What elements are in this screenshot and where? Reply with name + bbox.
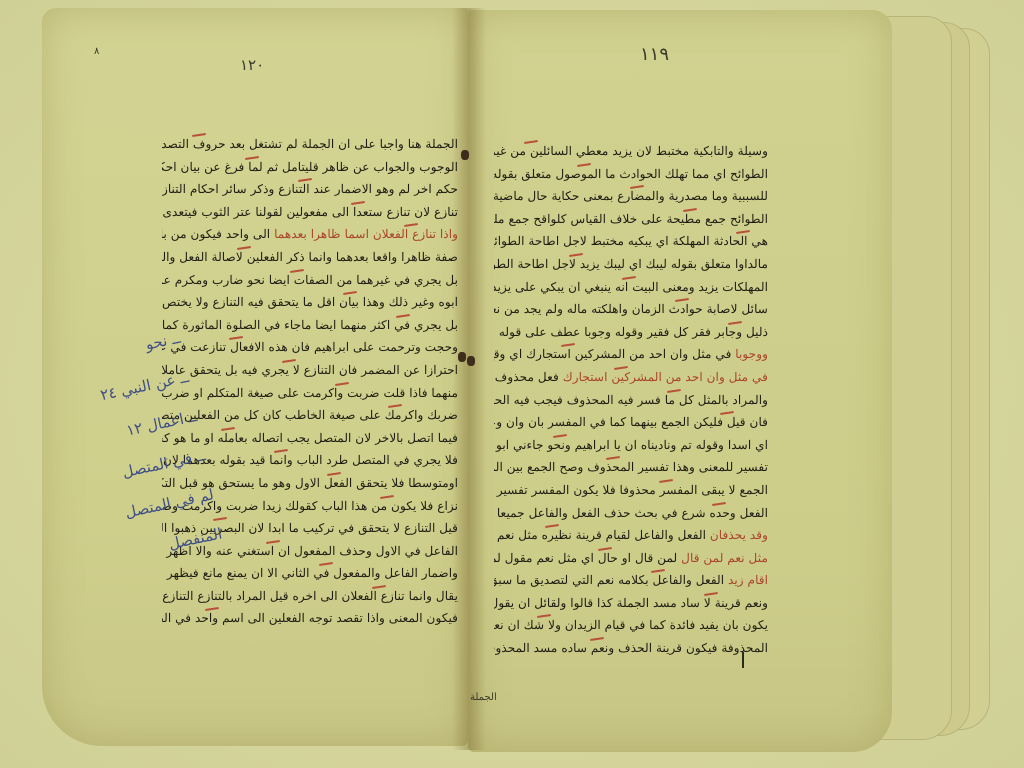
red-overline-mark [221,427,235,431]
manuscript-line: والمراد بالمثل كل ما فسر فيه المحذوف فيج… [494,389,768,412]
corner-mark: ٨ [94,46,99,57]
red-overline-mark [561,343,575,347]
manuscript-line: مثل نعم لمن قال لمن قال او حال اي مثل نع… [494,547,768,570]
red-overline-mark [372,585,386,589]
manuscript-line: المحذوفة فيكون قرينة الحذف ونعم ساده مسد… [494,637,768,660]
manuscript-line: فيما اتصل بالاخر لان المتصل يجب اتصاله ب… [162,427,458,450]
red-overline-mark [569,253,583,257]
red-overline-mark [704,592,718,596]
red-overline-mark [577,163,591,167]
rubric: اقام زيد [728,573,768,587]
red-overline-mark [598,547,612,551]
binding-hole [458,352,466,362]
manuscript-line: يقال وانما تنازع الفعلان الى اخره قيل ال… [162,585,458,608]
red-overline-mark [282,359,296,363]
red-overline-mark [229,336,243,340]
manuscript-line: الطوائح اي مما تهلك الحوادث ما الموصول م… [494,163,768,186]
red-overline-mark [606,456,620,460]
red-overline-mark [380,495,394,499]
red-overline-mark [205,608,219,612]
red-overline-mark [720,411,734,415]
manuscript-line: اقام زيد الفعل والفاعل بكلامه نعم التي ل… [494,569,768,592]
folio-number-left: ١٢٠ [240,56,264,74]
red-overline-mark [630,185,644,189]
manuscript-line: تفسير للمعنى وهذا تفسير المحذوف وصح الجم… [494,456,768,479]
manuscript-line: للسببية وما مصدرية والمضارع بمعنى حكاية … [494,185,768,208]
rubric: وقد يحذفان [710,528,768,542]
red-overline-mark [659,479,673,483]
manuscript-line: منهما فاذا قلت ضربت واكرمت على صيغة المت… [162,382,458,405]
manuscript-line: في مثل وان احد من المشركين استجارك فعل م… [494,366,768,389]
red-overline-mark [537,615,551,619]
manuscript-line: بل يجري في اكثر منهما ايضا ماجاء في الصل… [162,314,458,337]
red-overline-mark [327,472,341,476]
manuscript-line: واذا تنازع الفعلان اسما ظاهرا بعدهما الى… [162,223,458,246]
manuscript-line: صفة ظاهرا واقعا بعدهما وانما ذكر الفعلين… [162,246,458,269]
manuscript-line: هي الحادثة المهلكة اي يبكيه مختبط لاجل ا… [494,230,768,253]
red-overline-mark [675,298,689,302]
red-overline-mark [736,230,750,234]
red-overline-mark [683,208,697,212]
manuscript-line: ذليل وجابر فقر كل فقير وقوله وجوبا عطف ع… [494,321,768,344]
red-overline-mark [192,133,206,137]
manuscript-line: الجمع لا يبقى المفسر محذوفا فلا يكون الم… [494,479,768,502]
red-overline-mark [590,637,604,641]
red-overline-mark [245,156,259,160]
right-page-text: وسيلة والتابكية مختبط لان يزيد معطي السا… [494,140,768,660]
manuscript-line: بل يجري في غيرهما من الصفات ايضا نحو ضار… [162,269,458,292]
manuscript-line: المهلكات يزيد ومعنى البيت انه ينبغي ان ي… [494,276,768,299]
manuscript-line: ابوه وغير ذلك وهذا بيان اقل ما يتحقق فيه… [162,291,458,314]
manuscript-line: ووجوبا في مثل وان احد من المشركين استجار… [494,343,768,366]
catchword: الجملة [470,692,497,703]
manuscript-line: الوجوب والجواب عن ظاهر قليتامل ثم لما فر… [162,156,458,179]
manuscript-line: وحجت وترحمت على ابراهيم فان هذه الافعال … [162,336,458,359]
red-overline-mark [237,246,251,250]
manuscript-line: حكم اخر لم وهو الاضمار عند التنازع وذكر … [162,178,458,201]
manuscript-line: تنازع لان تنازع ستعدا الى مفعولين لقولنا… [162,201,458,224]
manuscript-line: واضمار الفاعل والمفعول في الثاني الا ان … [162,562,458,585]
red-overline-mark [335,382,349,386]
manuscript-line: سائل لاصابة حوادث الزمان واهلكته ماله ول… [494,298,768,321]
rubric: واذا تنازع الفعلان اسما ظاهرا بعدهما [274,227,458,241]
red-overline-mark [388,404,402,408]
red-overline-mark [290,269,304,273]
red-overline-mark [396,314,410,318]
red-overline-mark [266,540,280,544]
manuscript-line: الطوائح جمع مطيحة على خلاف القياس كلواقح… [494,208,768,231]
manuscript-line: فان قيل فليكن الجمع بينهما كما في المفسر… [494,411,768,434]
binding-hole [461,150,469,160]
folio-number-right: ١١٩ [640,44,669,65]
red-overline-mark [712,502,726,506]
red-overline-mark [351,201,365,205]
rubric: في مثل وان احد من المشركين استجارك [563,370,768,384]
red-overline-mark [667,389,681,393]
manuscript-line: الفعل وحده شرع في بحث حذف الفعل والفاعل … [494,502,768,525]
manuscript-line: فيكون المعنى واذا تقصد توجه الفعلين الى … [162,607,458,630]
red-overline-mark [553,434,567,438]
red-overline-mark [622,276,636,280]
red-overline-mark [319,562,333,566]
red-overline-mark [343,291,357,295]
red-overline-mark [545,524,559,528]
manuscript-line: الجملة هنا واجبا على ان الجملة لم تشتغل … [162,133,458,156]
manuscript-line: وسيلة والتابكية مختبط لان يزيد معطي السا… [494,140,768,163]
red-overline-mark [651,569,665,573]
manuscript-line: ضربك واكرمك على صيغة الخاطب كان كل من ال… [162,404,458,427]
manuscript-line: وقد يحذفان الفعل والفاعل لقيام قرينة نظي… [494,524,768,547]
red-overline-mark [274,449,288,453]
red-overline-mark [728,321,742,325]
rubric: مثل نعم لمن قال [681,551,768,565]
red-overline-mark [524,140,538,144]
manuscript-line: مالداوا متعلق بقوله ليبك اي ليبك يزيد لا… [494,253,768,276]
red-overline-mark [298,178,312,182]
manuscript-line: اي اسدا وقوله تم وناديناه ان يا ابراهيم … [494,434,768,457]
manuscript-line: يكون بان يفيد فائدة كما في قيام الزيدان … [494,614,768,637]
manuscript-line: احترازا عن المضمر فان التنازع لا يجري في… [162,359,458,382]
descender-stroke [742,652,744,668]
rubric: ووجوبا [735,347,768,361]
manuscript-line: ونعم قرينة لا ساد مسد الجملة كذا قالوا و… [494,592,768,615]
binding-hole [467,356,475,366]
